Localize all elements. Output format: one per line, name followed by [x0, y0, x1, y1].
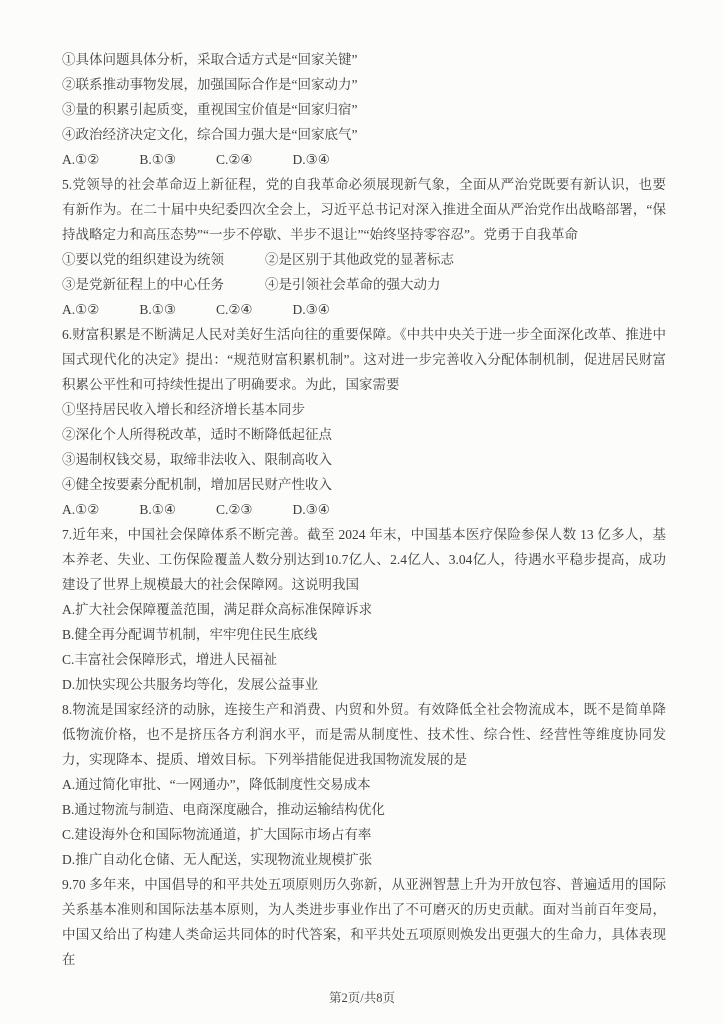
q6-item-1: ①坚持居民收入增长和经济增长基本同步 [62, 397, 666, 422]
q8-option-c: C.建设海外仓和国际物流通道，扩大国际市场占有率 [62, 822, 666, 847]
q4-option-d: D.③④ [293, 147, 330, 172]
q7-option-b: B.健全再分配调节机制，牢牢兜住民生底线 [62, 622, 666, 647]
q6-option-d: D.③④ [293, 497, 330, 522]
q4-option-b: B.①③ [139, 147, 176, 172]
q7-stem: 7.近年来，中国社会保障体系不断完善。截至 2024 年末，中国基本医疗保险参保… [62, 522, 666, 597]
q4-item-3: ③量的积累引起质变，重视国宝价值是“回家归宿” [62, 97, 666, 122]
q6-item-2: ②深化个人所得税改革，适时不断降低起征点 [62, 422, 666, 447]
q4-item-2: ②联系推动事物发展，加强国际合作是“回家动力” [62, 72, 666, 97]
q4-option-c: C.②④ [216, 147, 253, 172]
q6-option-c: C.②③ [216, 497, 253, 522]
q5-option-a: A.①② [62, 297, 99, 322]
page-content: ①具体问题具体分析，采取合适方式是“回家关键” ②联系推动事物发展，加强国际合作… [0, 0, 724, 972]
q5-stem: 5.党领导的社会革命迈上新征程，党的自我革命必须展现新气象，全面从严治党既要有新… [62, 172, 666, 247]
exam-page: ①具体问题具体分析，采取合适方式是“回家关键” ②联系推动事物发展，加强国际合作… [0, 0, 724, 1024]
q9-stem: 9.70 多年来，中国倡导的和平共处五项原则历久弥新，从亚洲智慧上升为开放包容、… [62, 872, 666, 972]
q4-item-4: ④政治经济决定文化，综合国力强大是“回家底气” [62, 122, 666, 147]
q5-item-4: ④是引领社会革命的强大动力 [265, 272, 441, 297]
q5-item-2: ②是区别于其他政党的显著标志 [265, 247, 454, 272]
q6-stem: 6.财富积累是不断满足人民对美好生活向往的重要保障。《中共中央关于进一步全面深化… [62, 322, 666, 397]
q7-option-d: D.加快实现公共服务均等化，发展公益事业 [62, 672, 666, 697]
q5-items-row-2: ③是党新征程上的中心任务 ④是引领社会革命的强大动力 [62, 272, 666, 297]
q8-stem: 8.物流是国家经济的动脉，连接生产和消费、内贸和外贸。有效降低全社会物流成本，既… [62, 697, 666, 772]
q5-item-1: ①要以党的组织建设为统领 [62, 247, 265, 272]
q6-option-a: A.①② [62, 497, 99, 522]
q6-option-b: B.①④ [139, 497, 176, 522]
q5-item-3: ③是党新征程上的中心任务 [62, 272, 265, 297]
q5-answer-row: A.①② B.①③ C.②④ D.③④ [62, 297, 666, 322]
q8-option-b: B.通过物流与制造、电商深度融合，推动运输结构优化 [62, 797, 666, 822]
q4-item-1: ①具体问题具体分析，采取合适方式是“回家关键” [62, 47, 666, 72]
q5-option-b: B.①③ [139, 297, 176, 322]
q4-option-a: A.①② [62, 147, 99, 172]
q6-item-4: ④健全按要素分配机制，增加居民财产性收入 [62, 472, 666, 497]
q5-option-c: C.②④ [216, 297, 253, 322]
q7-option-c: C.丰富社会保障形式，增进人民福祉 [62, 647, 666, 672]
q5-option-d: D.③④ [293, 297, 330, 322]
q6-item-3: ③遏制权钱交易，取缔非法收入、限制高收入 [62, 447, 666, 472]
q7-option-a: A.扩大社会保障覆盖范围，满足群众高标准保障诉求 [62, 597, 666, 622]
q5-items-row-1: ①要以党的组织建设为统领 ②是区别于其他政党的显著标志 [62, 247, 666, 272]
q4-answer-row: A.①② B.①③ C.②④ D.③④ [62, 147, 666, 172]
q8-option-a: A.通过简化审批、“一网通办”，降低制度性交易成本 [62, 772, 666, 797]
q6-answer-row: A.①② B.①④ C.②③ D.③④ [62, 497, 666, 522]
q8-option-d: D.推广自动化仓储、无人配送，实现物流业规模扩张 [62, 847, 666, 872]
page-number: 第2页/共8页 [0, 988, 724, 1006]
